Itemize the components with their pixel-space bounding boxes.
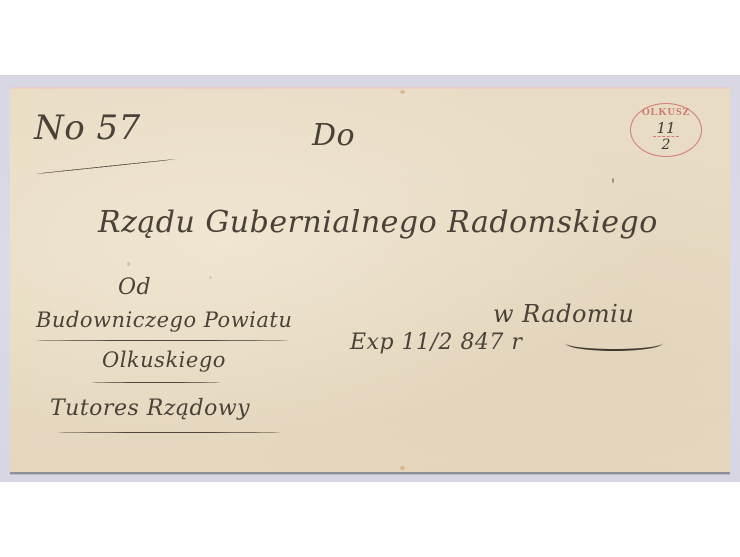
- expedition-note: Exp 11/2 847 r: [350, 330, 522, 355]
- sender-line-3: Tutores Rządowy: [50, 396, 250, 421]
- foxing-spot: [127, 262, 130, 266]
- sender-line-2: Olkuskiego: [102, 348, 226, 372]
- envelope-top-edge: [10, 87, 730, 89]
- postmark-month: 2: [631, 137, 701, 153]
- greeting-text: Do: [312, 118, 355, 153]
- sender-line-1: Budowniczego Powiatu: [36, 308, 292, 332]
- manuscript-number: No 57: [34, 108, 141, 148]
- destination-flourish: [565, 335, 663, 351]
- foxing-spot: [612, 178, 614, 183]
- postmark-day: 11: [631, 119, 701, 137]
- sender-line-2-underline: [92, 382, 220, 383]
- addressee-text: Rządu Gubernialnego Radomskiego: [98, 205, 658, 240]
- sender-line-3-underline: [58, 432, 280, 433]
- number-text: No 57: [34, 108, 141, 148]
- sender-line-1-underline: [36, 340, 288, 341]
- postmark-town: OLKUSZ: [631, 107, 701, 118]
- oval-postmark: OLKUSZ 11 2: [630, 103, 702, 157]
- foxing-spot: [400, 466, 405, 470]
- destination-text: w Radomiu: [493, 300, 634, 328]
- foxing-spot: [209, 276, 212, 279]
- foxing-spot: [400, 90, 405, 94]
- sender-prefix: Od: [118, 275, 151, 300]
